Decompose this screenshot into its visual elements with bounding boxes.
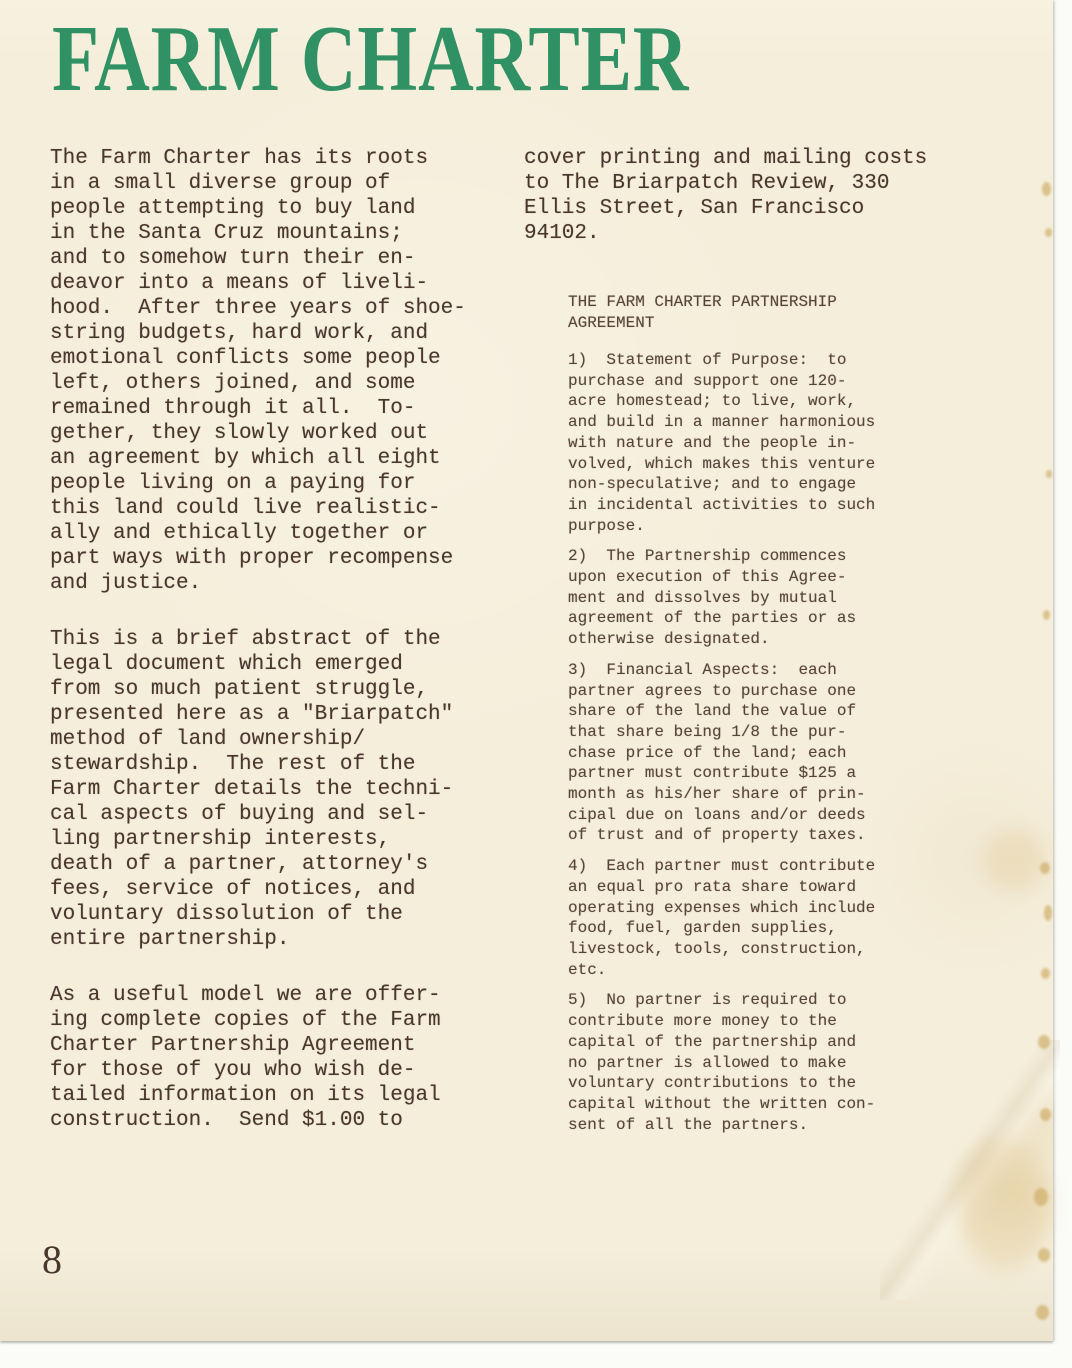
paragraph-roots: The Farm Charter has its rootsin a small… bbox=[50, 146, 495, 596]
clause-1-statement-of-purpose: 1) Statement of Purpose: topurchase and … bbox=[568, 350, 928, 536]
edge-stain bbox=[1045, 228, 1052, 237]
edge-stain-soft bbox=[985, 830, 1045, 890]
edge-stain bbox=[1043, 610, 1050, 620]
edge-stain bbox=[1036, 1305, 1049, 1320]
paragraph-abstract: This is a brief abstract of thelegal doc… bbox=[50, 627, 495, 952]
clause-2-commencement: 2) The Partnership commencesupon executi… bbox=[568, 546, 928, 650]
paragraph-offer: As a useful model we are offer-ing compl… bbox=[50, 983, 495, 1133]
clause-4-operating-expenses: 4) Each partner must contributean equal … bbox=[568, 856, 928, 980]
edge-stain bbox=[1046, 470, 1052, 478]
edge-stain bbox=[1042, 182, 1051, 196]
edge-stain bbox=[1041, 968, 1050, 979]
edge-stain bbox=[1044, 905, 1052, 921]
left-column: The Farm Charter has its rootsin a small… bbox=[50, 146, 495, 1164]
page-number: 8 bbox=[42, 1240, 62, 1280]
page-title: FARM CHARTER bbox=[52, 12, 689, 106]
edge-stain bbox=[1038, 1035, 1050, 1049]
edge-stain bbox=[1040, 1108, 1051, 1121]
edge-stain bbox=[1038, 1248, 1050, 1262]
corner-stain bbox=[960, 1140, 1050, 1270]
clause-3-financial-aspects: 3) Financial Aspects: eachpartner agrees… bbox=[568, 660, 928, 846]
mailing-address-paragraph: cover printing and mailing coststo The B… bbox=[524, 146, 964, 246]
clause-5-capital-contributions: 5) No partner is required tocontribute m… bbox=[568, 990, 928, 1135]
paper-sheet: FARM CHARTER The Farm Charter has its ro… bbox=[0, 0, 1053, 1341]
agreement-heading: THE FARM CHARTER PARTNERSHIPAGREEMENT bbox=[568, 292, 928, 334]
agreement-block: THE FARM CHARTER PARTNERSHIPAGREEMENT 1)… bbox=[568, 292, 928, 1145]
scanned-page: FARM CHARTER The Farm Charter has its ro… bbox=[0, 0, 1072, 1368]
